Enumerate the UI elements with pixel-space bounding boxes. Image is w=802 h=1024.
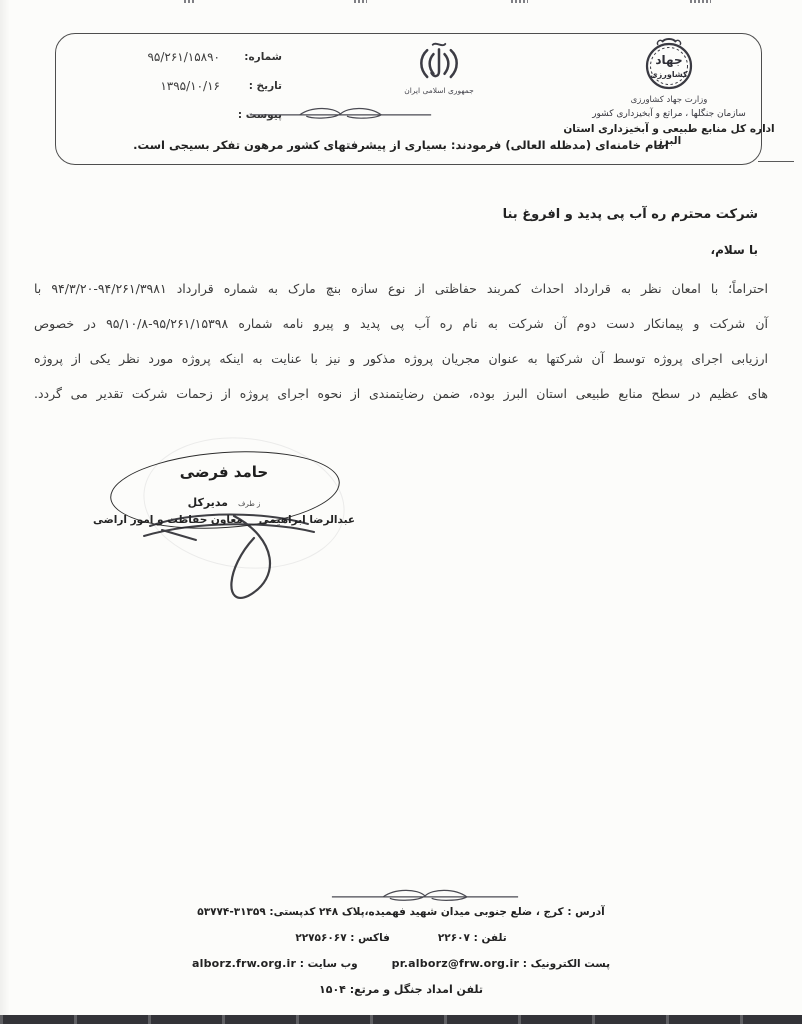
footer-phone: تلفن : ۲۲۶۰۷ xyxy=(438,932,507,944)
jahad-keshavarzi-logo-icon: جهاد کشاورزی xyxy=(642,36,696,92)
body-line-1: احتراماً؛ با امعان نظر به قرارداد احداث … xyxy=(34,271,768,306)
emblem-caption: جمهوری اسلامی ایران xyxy=(404,86,474,95)
fax-label: فاکس : xyxy=(350,932,390,944)
handwritten-signature xyxy=(136,490,321,610)
signature-block: حامد فرضی ز طرف مدیرکل عبدالرضا ابراهیمی… xyxy=(88,438,398,608)
letter-date-row: تاریخ : ۱۳۹۵/۱۰/۱۶ xyxy=(92,71,282,100)
addressee-line: شرکت محترم ره آب پی پدید و افروغ بنا xyxy=(503,207,758,222)
svg-text:کشاورزی: کشاورزی xyxy=(650,70,688,79)
footer-address: آدرس : کرج ، ضلع جنوبی میدان شهید فهمیده… xyxy=(0,906,802,918)
header-divider-ornament xyxy=(248,105,433,121)
footer-hotline: تلفن امداد جنگل و مرتع: ۱۵۰۴ xyxy=(0,983,802,996)
organization-block: جهاد کشاورزی وزارت جهاد کشاورزی سازمان ج… xyxy=(554,36,784,147)
footer-fax: فاکس : ۲۲۷۵۶۰۶۷ xyxy=(295,932,390,944)
footer-website: وب سایت : alborz.frw.org.ir xyxy=(192,957,358,970)
ministry-name: وزارت جهاد کشاورزی xyxy=(554,95,784,105)
email-value: pr.alborz@frw.org.ir xyxy=(392,957,519,970)
website-value: alborz.frw.org.ir xyxy=(192,957,296,970)
scan-artifact xyxy=(690,0,711,3)
phone-value: ۲۲۶۰۷ xyxy=(438,932,470,944)
body-line-3: ارزیابی اجرای پروژه توسط آن شرکتها به عن… xyxy=(34,341,768,376)
salutation-line: با سلام، xyxy=(711,243,758,257)
letter-number-value: ۹۵/۲۶۱/۱۵۸۹۰ xyxy=(147,50,220,64)
footer-phone-fax-row: تلفن : ۲۲۶۰۷ فاکس : ۲۲۷۵۶۰۶۷ xyxy=(0,932,802,944)
signer-name: حامد فرضی xyxy=(110,463,338,481)
iran-national-emblem: جمهوری اسلامی ایران xyxy=(404,40,474,95)
email-label: پست الکترونیک : xyxy=(523,958,610,970)
letter-date-value: ۱۳۹۵/۱۰/۱۶ xyxy=(160,79,220,93)
letterhead-bottom-line xyxy=(758,161,794,162)
letter-body: احتراماً؛ با امعان نظر به قرارداد احداث … xyxy=(34,271,768,411)
svg-text:جهاد: جهاد xyxy=(655,53,682,67)
scan-artifact xyxy=(354,0,367,3)
body-line-2: آن شرکت و پیمانکار دست دوم آن شرکت به نا… xyxy=(34,306,768,341)
footer-email-site-row: پست الکترونیک : pr.alborz@frw.org.ir وب … xyxy=(0,957,802,970)
parent-organization-name: سازمان جنگلها ، مراتع و آبخیزداری کشور xyxy=(554,109,784,119)
fax-value: ۲۲۷۵۶۰۶۷ xyxy=(295,932,346,944)
scan-artifact xyxy=(511,0,528,3)
scan-artifact xyxy=(184,0,196,3)
scanned-letter-page: شماره: ۹۵/۲۶۱/۱۵۸۹۰ تاریخ : ۱۳۹۵/۱۰/۱۶ پ… xyxy=(0,0,802,1024)
phone-label: تلفن : xyxy=(474,932,507,944)
body-line-4: های عظیم در سطح منابع طبیعی استان البرز … xyxy=(34,376,768,411)
footer-divider-ornament xyxy=(330,887,520,903)
scan-bottom-edge xyxy=(0,1015,802,1024)
letter-number-label: شماره: xyxy=(234,51,282,63)
website-label: وب سایت : xyxy=(300,958,358,970)
letter-number-row: شماره: ۹۵/۲۶۱/۱۵۸۹۰ xyxy=(92,42,282,71)
allah-emblem-icon xyxy=(415,40,463,84)
leader-quote: امام خامنه‌ای (مدظله العالی) فرمودند: بس… xyxy=(60,138,742,152)
letter-date-label: تاریخ : xyxy=(234,80,282,92)
footer-email: پست الکترونیک : pr.alborz@frw.org.ir xyxy=(392,957,610,970)
